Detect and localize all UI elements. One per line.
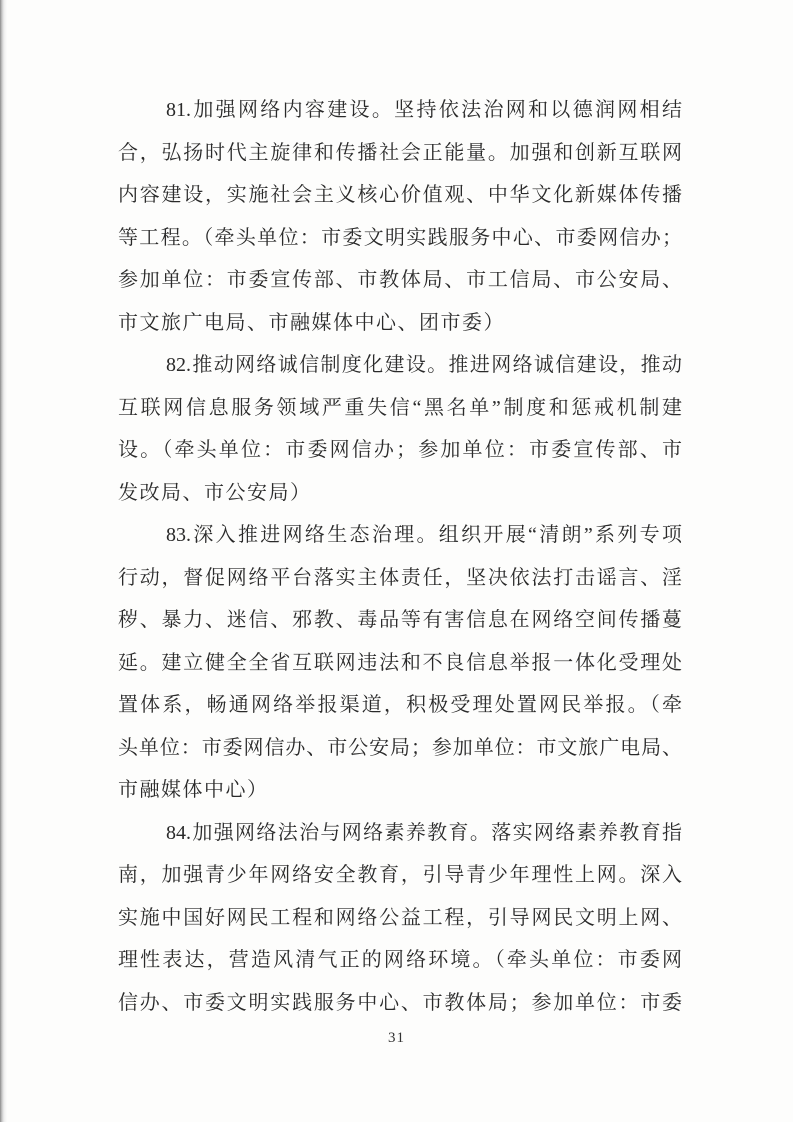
text-line: 延。建立健全全省互联网违法和不良信息举报一体化受理处 bbox=[118, 642, 682, 685]
text-line: 市融媒体中心） bbox=[118, 769, 682, 812]
text-line: 置体系，畅通网络举报渠道，积极受理处置网民举报。（牵 bbox=[118, 684, 682, 727]
text-line: 市文旅广电局、市融媒体中心、团市委） bbox=[118, 302, 682, 345]
paragraph-82: 82.推动网络诚信制度化建设。推进网络诚信建设，推动 互联网信息服务领域严重失信… bbox=[118, 344, 682, 514]
text-line: 等工程。（牵头单位：市委文明实践服务中心、市委网信办； bbox=[118, 217, 682, 260]
text-line: 合，弘扬时代主旋律和传播社会正能量。加强和创新互联网 bbox=[118, 132, 682, 175]
text-line: 设。（牵头单位：市委网信办；参加单位：市委宣传部、市 bbox=[118, 429, 682, 472]
text-line: 秽、暴力、迷信、邪教、毒品等有害信息在网络空间传播蔓 bbox=[118, 599, 682, 642]
text-line: 81.加强网络内容建设。坚持依法治网和以德润网相结 bbox=[118, 89, 682, 132]
scan-edge-artifact bbox=[0, 0, 7, 1122]
text-line: 头单位：市委网信办、市公安局；参加单位：市文旅广电局、 bbox=[118, 727, 682, 770]
text-line: 83.深入推进网络生态治理。组织开展“清朗”系列专项 bbox=[118, 514, 682, 557]
scanned-document-page: 81.加强网络内容建设。坚持依法治网和以德润网相结 合，弘扬时代主旋律和传播社会… bbox=[0, 0, 793, 1122]
paragraph-83: 83.深入推进网络生态治理。组织开展“清朗”系列专项 行动，督促网络平台落实主体… bbox=[118, 514, 682, 812]
paragraph-81: 81.加强网络内容建设。坚持依法治网和以德润网相结 合，弘扬时代主旋律和传播社会… bbox=[118, 89, 682, 344]
text-line: 发改局、市公安局） bbox=[118, 472, 682, 515]
text-line: 南，加强青少年网络安全教育，引导青少年理性上网。深入 bbox=[118, 854, 682, 897]
paragraph-84: 84.加强网络法治与网络素养教育。落实网络素养教育指 南，加强青少年网络安全教育… bbox=[118, 812, 682, 1025]
text-line: 内容建设，实施社会主义核心价值观、中华文化新媒体传播 bbox=[118, 174, 682, 217]
text-line: 实施中国好网民工程和网络公益工程，引导网民文明上网、 bbox=[118, 897, 682, 940]
text-line: 84.加强网络法治与网络素养教育。落实网络素养教育指 bbox=[118, 812, 682, 855]
page-number: 31 bbox=[0, 1030, 793, 1047]
document-body: 81.加强网络内容建设。坚持依法治网和以德润网相结 合，弘扬时代主旋律和传播社会… bbox=[118, 89, 682, 1024]
text-line: 理性表达，营造风清气正的网络环境。（牵头单位：市委网 bbox=[118, 939, 682, 982]
text-line: 互联网信息服务领域严重失信“黑名单”制度和惩戒机制建 bbox=[118, 387, 682, 430]
text-line: 行动，督促网络平台落实主体责任，坚决依法打击谣言、淫 bbox=[118, 557, 682, 600]
text-line: 参加单位：市委宣传部、市教体局、市工信局、市公安局、 bbox=[118, 259, 682, 302]
text-line: 信办、市委文明实践服务中心、市教体局；参加单位：市委 bbox=[118, 982, 682, 1025]
text-line: 82.推动网络诚信制度化建设。推进网络诚信建设，推动 bbox=[118, 344, 682, 387]
